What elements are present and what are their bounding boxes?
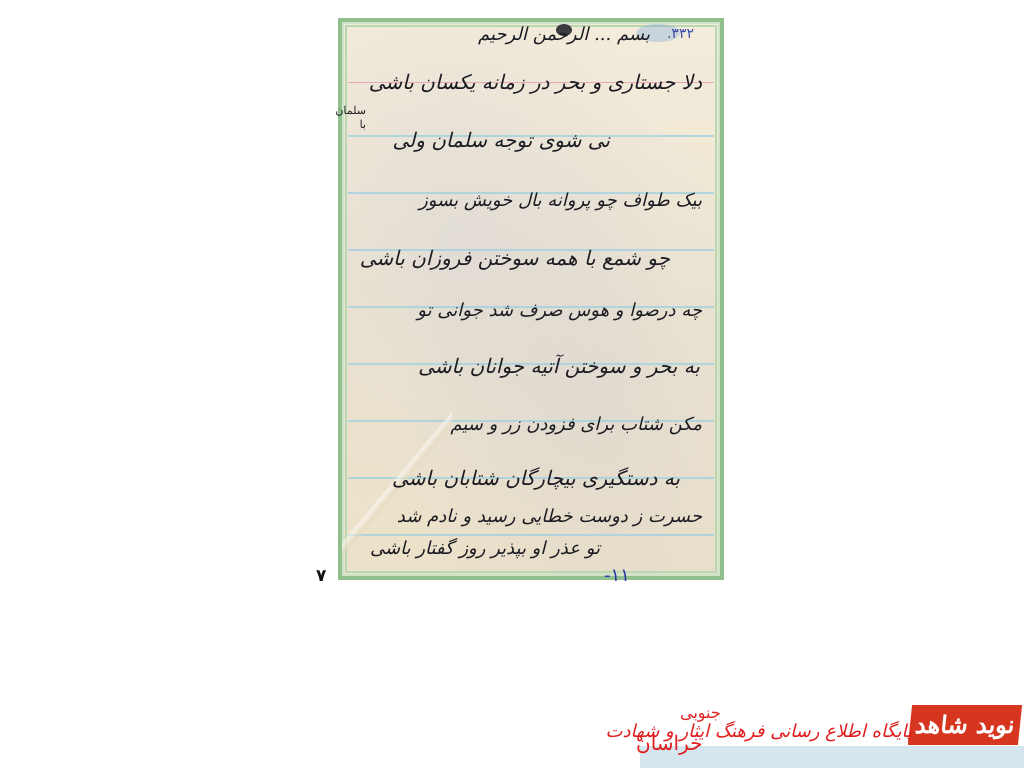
site-logo[interactable]: نوید شاهد پایگاه اطلاع رسانی فرهنگ ایثار… — [632, 703, 1024, 768]
logo-region-top: جنوبی — [680, 703, 721, 722]
letter-line-4: چو شمع با همه سوختن فروزان باشی — [360, 246, 670, 270]
letter-line-7: مکن شتاب برای فزودن زر و سیم — [450, 414, 702, 435]
letter-line-2: نی شوی توجه سلمان ولی — [392, 128, 610, 152]
letter-line-3: بیک طواف چو پروانه بال خویش بسوز — [419, 190, 702, 211]
letter-line-6: به بحر و سوختن آتیه جوانان باشی — [418, 354, 700, 378]
letter-line-5: چه درصوا و هوس صرف شد جوانی تو — [417, 300, 702, 321]
letter-line-10: تو عذر او بپذیر روز گفتار باشی — [370, 538, 600, 559]
margin-note: سلمان با — [344, 104, 366, 132]
page-number: ۷ — [316, 566, 326, 586]
footer-mark: -۱۱ — [604, 565, 630, 586]
letter-line-8: به دستگیری بیچارگان شتابان باشی — [392, 466, 680, 490]
basmala: بسم ... الرحمن الرحیم — [478, 24, 650, 45]
logo-region-bottom: خراسان — [636, 731, 703, 755]
handwritten-letter-scan: .۳۳۲ بسم ... الرحمن الرحیم سلمان با دلا … — [338, 18, 724, 580]
letter-line-9: حسرت ز دوست خطایی رسید و نادم شد — [397, 506, 702, 527]
logo-wordmark: نوید شاهد — [908, 705, 1022, 745]
reference-number: .۳۳۲ — [667, 26, 694, 42]
letter-line-1: دلا جستاری و بحر در زمانه یکسان باشی — [369, 70, 702, 94]
